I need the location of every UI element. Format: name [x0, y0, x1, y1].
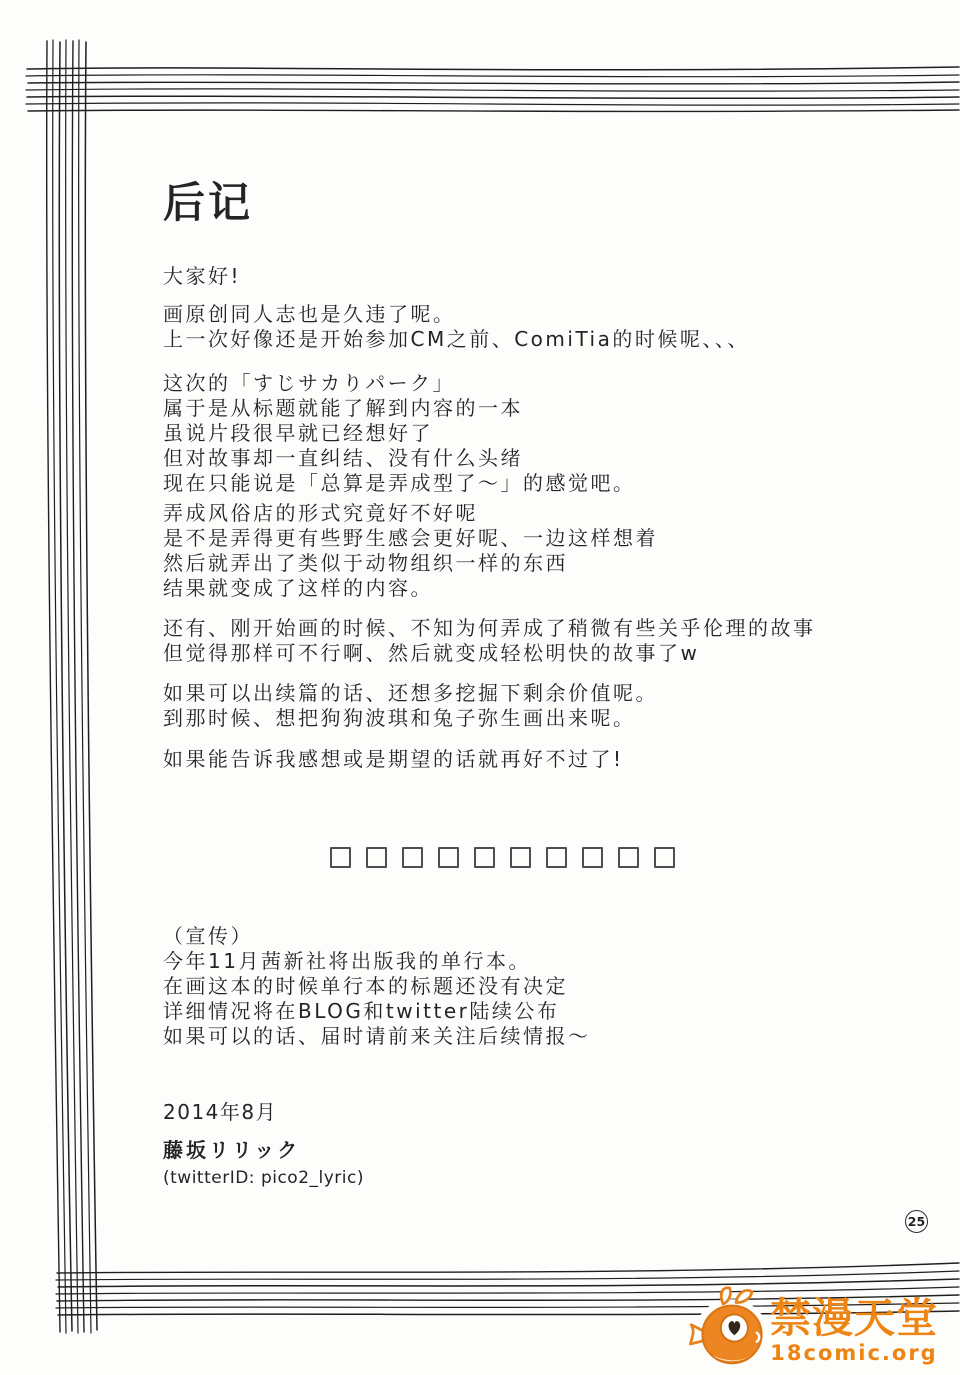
square — [330, 847, 351, 868]
promo-paragraph: （宣传） 今年11月茜新社将出版我的单行本。 在画这本的时候单行本的标题还没有决… — [163, 924, 953, 1049]
afterword-paragraph: 弄成风俗店的形式究竟好不好呢 是不是弄得更有些野生感会更好呢、一边这样想着 然后… — [163, 501, 953, 601]
square — [366, 847, 387, 868]
afterword-paragraph: 如果能告诉我感想或是期望的话就再好不过了! — [163, 747, 953, 772]
twitter-id: (twitterID: pico2_lyric) — [163, 1168, 364, 1188]
watermark-site-name: 禁漫天堂 — [770, 1298, 938, 1339]
square — [438, 847, 459, 868]
page-title: 后记 — [163, 180, 253, 226]
square — [402, 847, 423, 868]
afterword-paragraph: 这次的「すじサカりパーク」 属于是从标题就能了解到内容的一本 虽说片段很早就已经… — [163, 371, 953, 496]
square — [474, 847, 495, 868]
square — [654, 847, 675, 868]
manga-afterword-page: 后记 大家好! 画原创同人志也是久违了呢。 上一次好像还是开始参加CM之前、Co… — [0, 0, 960, 1375]
square — [618, 847, 639, 868]
square-row — [330, 847, 675, 868]
afterword-greeting: 大家好! — [163, 264, 953, 289]
author-name: 藤坂リリック — [163, 1134, 300, 1163]
square — [546, 847, 567, 868]
page-number-badge: 25 — [905, 1210, 928, 1233]
orange-fish-mascot-icon — [688, 1284, 768, 1372]
watermark-site-url: 18comic.org — [770, 1341, 937, 1365]
square — [510, 847, 531, 868]
afterword-paragraph: 如果可以出续篇的话、还想多挖掘下剩余价值呢。 到那时候、想把狗狗波琪和兔子弥生画… — [163, 681, 953, 731]
afterword-paragraph: 画原创同人志也是久违了呢。 上一次好像还是开始参加CM之前、ComiTia的时候… — [163, 302, 953, 352]
afterword-paragraph: 还有、刚开始画的时候、不知为何弄成了稍微有些关乎伦理的故事 但觉得那样可不行啊、… — [163, 616, 953, 666]
watermark: 禁漫天堂 18comic.org — [688, 1284, 938, 1372]
square — [582, 847, 603, 868]
date-text: 2014年8月 — [163, 1096, 277, 1125]
